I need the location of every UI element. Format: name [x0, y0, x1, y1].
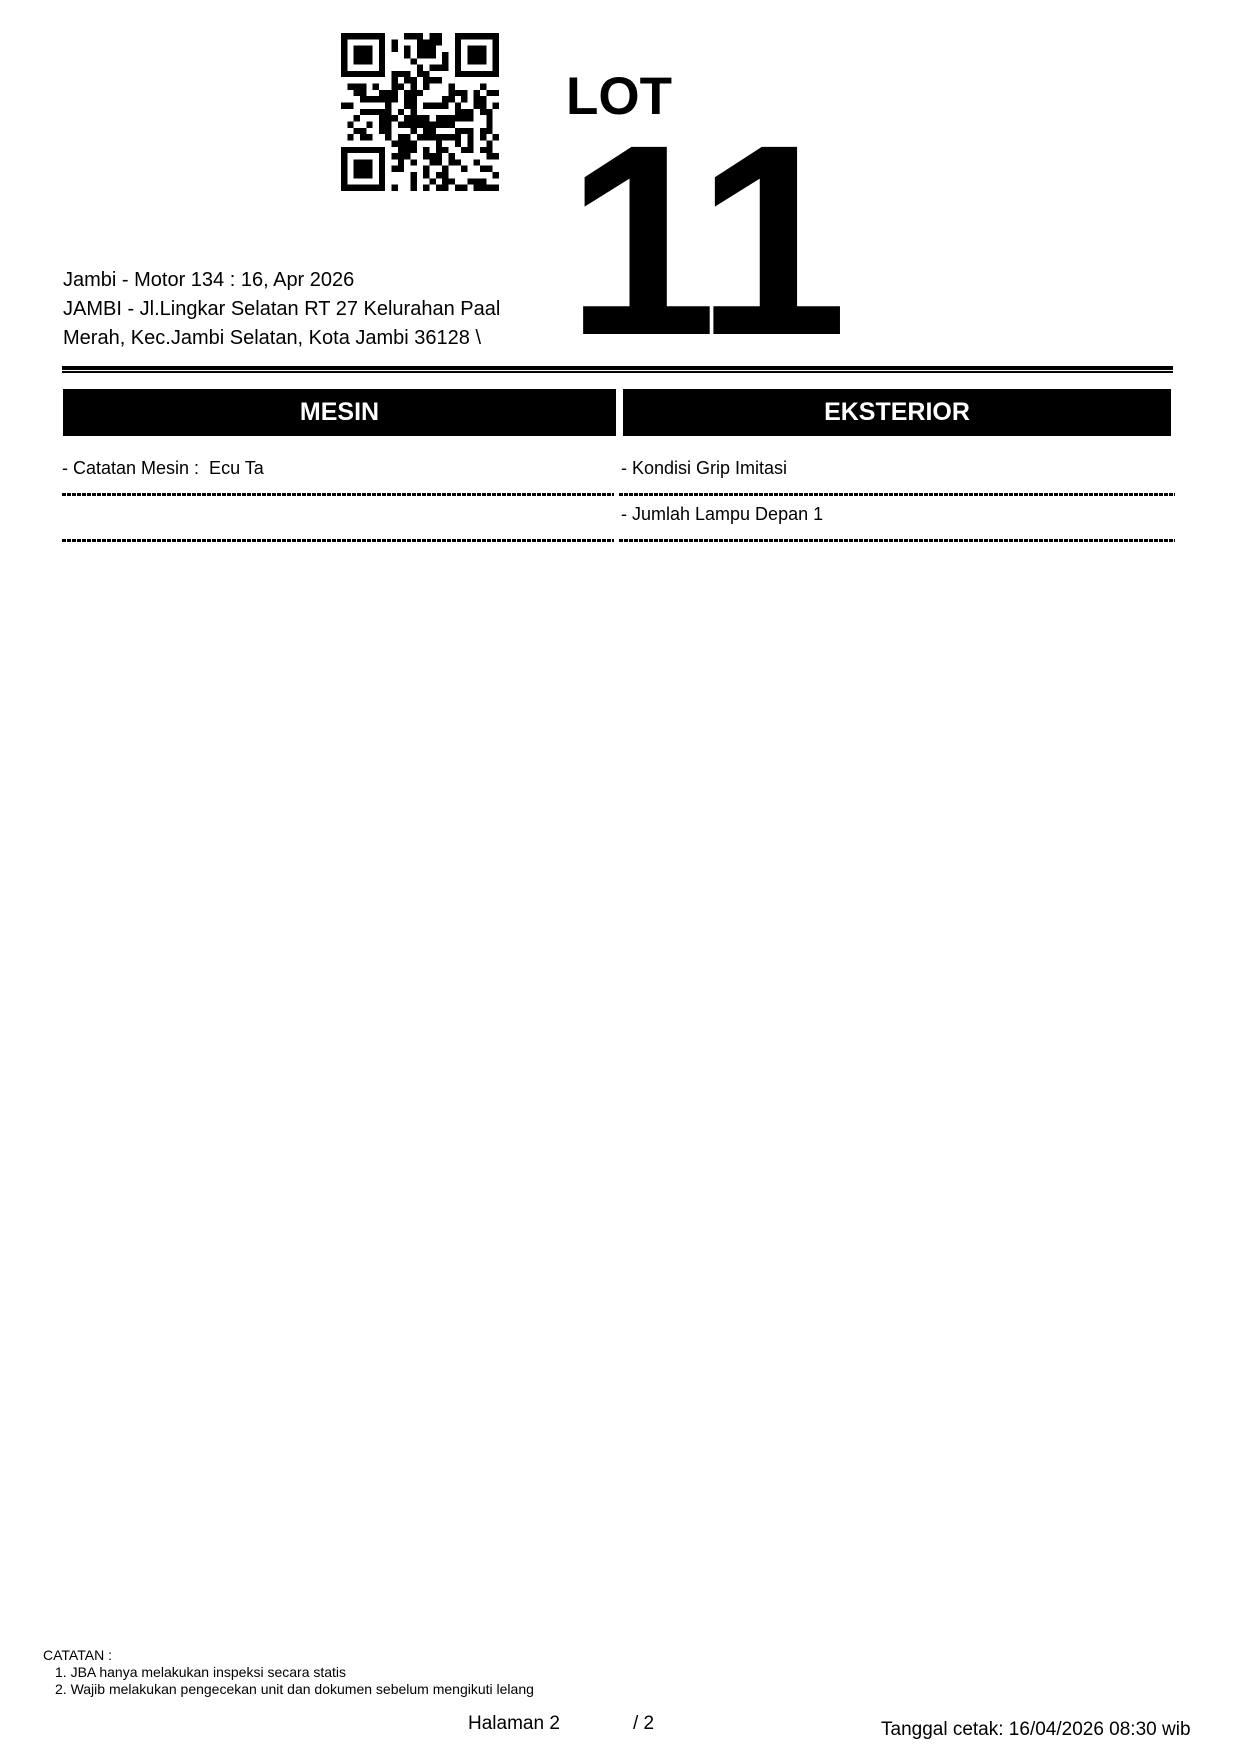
dotted-divider [619, 493, 1175, 496]
auction-address-line-2: Merah, Kec.Jambi Selatan, Kota Jambi 361… [63, 324, 543, 353]
eksterior-row-1: - Kondisi Grip Imitasi [621, 458, 787, 478]
page-total: / 2 [633, 1713, 654, 1735]
auction-info: Jambi - Motor 134 : 16, Apr 2026 JAMBI -… [63, 266, 543, 353]
header-divider-thick [62, 366, 1173, 370]
dotted-divider [62, 493, 614, 496]
header-divider-thin [62, 371, 1173, 373]
eksterior-row-2: - Jumlah Lampu Depan 1 [621, 504, 823, 524]
auction-address-line-1: JAMBI - Jl.Lingkar Selatan RT 27 Kelurah… [63, 295, 543, 324]
note-item: 2. Wajib melakukan pengecekan unit dan d… [43, 1681, 534, 1698]
footer-notes: CATATAN : 1. JBA hanya melakukan inspeks… [43, 1647, 534, 1698]
print-date: Tanggal cetak: 16/04/2026 08:30 wib [881, 1719, 1191, 1741]
auction-event: Jambi - Motor 134 : 16, Apr 2026 [63, 266, 543, 295]
section-header-eksterior: EKSTERIOR [623, 389, 1171, 436]
note-item: 1. JBA hanya melakukan inspeksi secara s… [43, 1664, 534, 1681]
section-header-mesin: MESIN [63, 389, 616, 436]
dotted-divider [62, 539, 614, 542]
dotted-divider [619, 539, 1175, 542]
lot-number: 11 [566, 104, 842, 376]
mesin-row-1: - Catatan Mesin : Ecu Ta [62, 458, 264, 478]
qr-code-icon [341, 31, 499, 193]
page-number: Halaman 2 [468, 1713, 560, 1735]
notes-title: CATATAN : [43, 1647, 534, 1664]
